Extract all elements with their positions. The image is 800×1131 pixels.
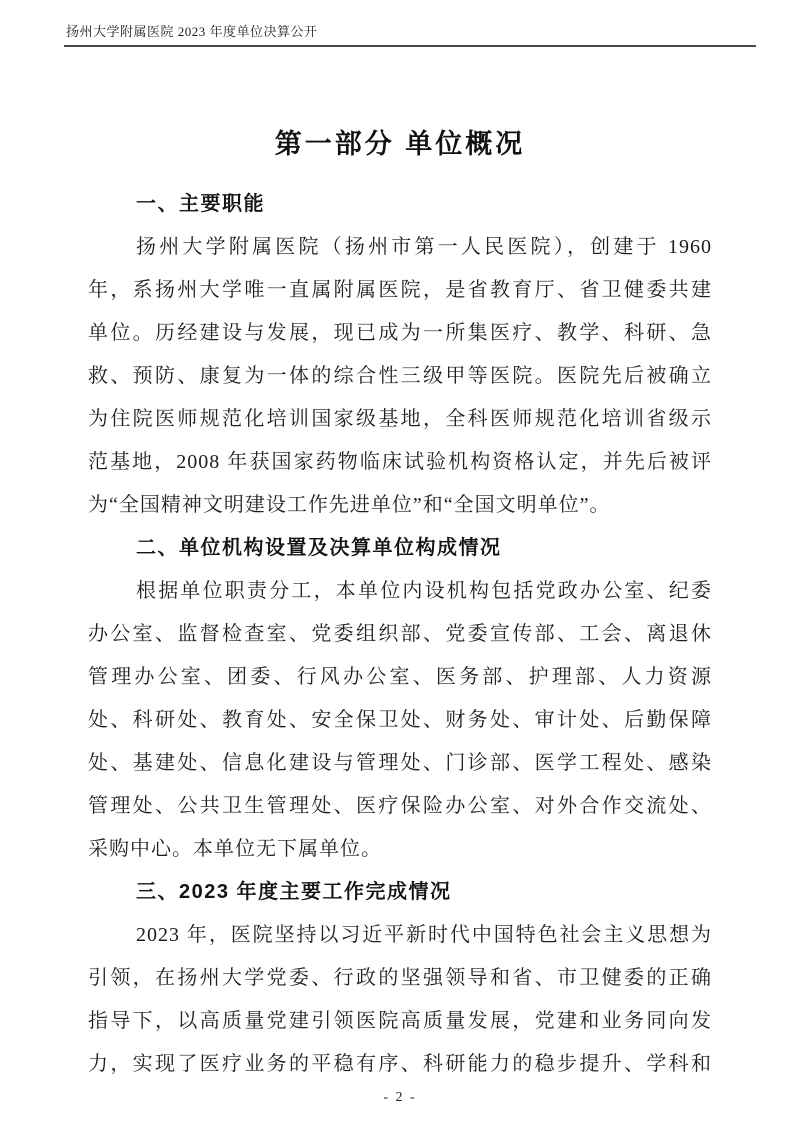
text-line: 单位。历经建设与发展，现已成为一所集医疗、教学、科研、急 xyxy=(88,312,712,355)
page-number: - 2 - xyxy=(383,1090,416,1105)
text-line: 管理处、公共卫生管理处、医疗保险办公室、对外合作交流处、 xyxy=(88,785,712,828)
page-header: 扬州大学附属医院 2023 年度单位决算公开 xyxy=(64,22,756,47)
text-line: 办公室、监督检查室、党委组织部、党委宣传部、工会、离退休 xyxy=(88,613,712,656)
text-line: 根据单位职责分工，本单位内设机构包括党政办公室、纪委 xyxy=(88,570,712,613)
header-title: 扬州大学附属医院 2023 年度单位决算公开 xyxy=(64,22,756,41)
text-line: 2023 年，医院坚持以习近平新时代中国特色社会主义思想为 xyxy=(88,914,712,957)
document-page: 扬州大学附属医院 2023 年度单位决算公开 第一部分 单位概况 一、主要职能 … xyxy=(0,0,800,1131)
text-line: 引领，在扬州大学党委、行政的坚强领导和省、市卫健委的正确 xyxy=(88,957,712,1000)
section-main-functions: 一、主要职能 扬州大学附属医院（扬州市第一人民医院），创建于 1960年，系扬州… xyxy=(88,183,712,527)
section-paragraph: 根据单位职责分工，本单位内设机构包括党政办公室、纪委办公室、监督检查室、党委组织… xyxy=(88,570,712,871)
text-line: 管理办公室、团委、行风办公室、医务部、护理部、人力资源 xyxy=(88,656,712,699)
section-org-structure: 二、单位机构设置及决算单位构成情况 根据单位职责分工，本单位内设机构包括党政办公… xyxy=(88,527,712,871)
document-body: 一、主要职能 扬州大学附属医院（扬州市第一人民医院），创建于 1960年，系扬州… xyxy=(88,183,712,1086)
section-heading: 一、主要职能 xyxy=(88,183,712,226)
text-line: 年，系扬州大学唯一直属附属医院，是省教育厅、省卫健委共建 xyxy=(88,269,712,312)
text-line: 力，实现了医疗业务的平稳有序、科研能力的稳步提升、学科和 xyxy=(88,1043,712,1086)
section-paragraph: 扬州大学附属医院（扬州市第一人民医院），创建于 1960年，系扬州大学唯一直属附… xyxy=(88,226,712,527)
text-line: 指导下，以高质量党建引领医院高质量发展，党建和业务同向发 xyxy=(88,1000,712,1043)
text-line: 处、基建处、信息化建设与管理处、门诊部、医学工程处、感染 xyxy=(88,742,712,785)
text-line: 为住院医师规范化培训国家级基地，全科医师规范化培训省级示 xyxy=(88,398,712,441)
text-line: 处、科研处、教育处、安全保卫处、财务处、审计处、后勤保障 xyxy=(88,699,712,742)
section-heading: 二、单位机构设置及决算单位构成情况 xyxy=(88,527,712,570)
section-heading: 三、2023 年度主要工作完成情况 xyxy=(88,871,712,914)
section-paragraph: 2023 年，医院坚持以习近平新时代中国特色社会主义思想为引领，在扬州大学党委、… xyxy=(88,914,712,1086)
section-2023-work: 三、2023 年度主要工作完成情况 2023 年，医院坚持以习近平新时代中国特色… xyxy=(88,871,712,1086)
text-line: 为“全国精神文明建设工作先进单位”和“全国文明单位”。 xyxy=(88,484,712,527)
text-line: 救、预防、康复为一体的综合性三级甲等医院。医院先后被确立 xyxy=(88,355,712,398)
page-footer: - 2 - xyxy=(0,1090,800,1106)
text-line: 扬州大学附属医院（扬州市第一人民医院），创建于 1960 xyxy=(88,226,712,269)
part-title: 第一部分 单位概况 xyxy=(0,122,800,161)
text-line: 范基地，2008 年获国家药物临床试验机构资格认定，并先后被评 xyxy=(88,441,712,484)
text-line: 采购中心。本单位无下属单位。 xyxy=(88,828,712,871)
